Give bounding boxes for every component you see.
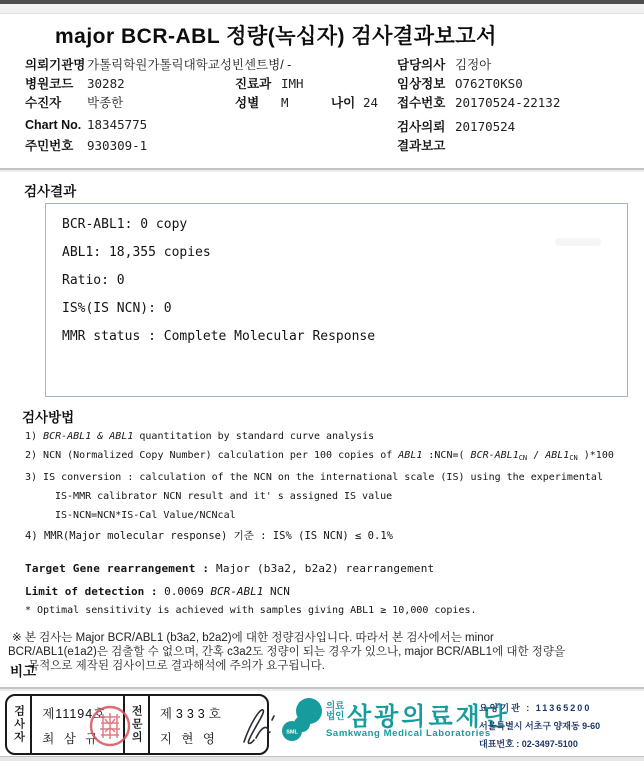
result-line: Ratio: 0 [62,274,627,287]
method-item-4: 4) MMR(Major molecular response) 기준 : IS… [25,527,639,546]
results-box: BCR-ABL1: 0 copy ABL1: 18,355 copies Rat… [45,203,628,397]
field-label: 병원코드 [25,74,87,92]
korean-note-line: ※ 본 검사는 Major BCR/ABL1 (b3a2, b2a2)에 대한 … [12,631,639,645]
field-label: 수진자 [25,93,87,111]
company-contact: 요양기관 : 11365200 서울특별시 서초구 양재동 9-60 대표번호 … [479,699,641,753]
header-row: 결과보고 [397,136,455,153]
field-label: 의뢰기관명 [25,55,87,73]
field-label: 성별 [235,93,281,111]
company-name-en: Samkwang Medical Laboratories [326,728,491,739]
examiner-seal-stamp [88,704,132,748]
page-title: major BCR-ABL 정량(녹십자) 검사결과보고서 [55,20,497,50]
method-item-3-formula: IS-NCN=NCN*IS-Cal Value/NCNcal [25,506,639,525]
signature [236,702,278,750]
header-row: 병원코드 30282 진료과 IMH [25,74,304,91]
field-value: M [281,95,331,110]
contact-line: 대표번호 : 02-3497-5100 [479,735,641,753]
field-value: 박종한 [87,93,235,111]
field-label: 나이 [331,93,363,111]
header-row: 검사의뢰 20170524 [397,117,515,134]
field-value: 20170524 [455,119,515,134]
scan-artifact [555,238,601,246]
header-row: 임상정보 O762T0KS0 [397,74,523,91]
target-gene-line: Target Gene rearrangement : Major (b3a2,… [25,559,639,578]
method-item-3: 3) IS conversion : calculation of the NC… [25,468,639,487]
header-row: 접수번호 20170524-22132 [397,93,560,110]
result-line: IS%(IS NCN): 0 [62,302,627,315]
korean-note-line: 목적으로 제작된 검사이므로 결과해석에 주의가 요구됩니다. [28,659,639,673]
field-value: 가톨릭학원가톨릭대학교성빈센트병/ - [87,55,291,73]
footer-divider [0,687,644,691]
sml-logo-text: SML [286,730,298,736]
header-row: 주민번호 930309-1 [25,136,147,153]
field-value: 18345775 [87,117,147,132]
org-type-line: 법인 [326,712,344,722]
field-label: 진료과 [235,74,281,92]
scan-top-margin [0,4,644,14]
result-line: MMR status : Complete Molecular Response [62,330,627,343]
field-value: 930309-1 [87,138,147,153]
header-row: Chart No. 18345775 [25,117,147,134]
result-line: BCR-ABL1: 0 copy [62,218,627,231]
field-value: 24 [363,95,378,110]
contact-line: 서울특별시 서초구 양재동 9-60 [479,717,641,735]
field-value: 20170524-22132 [455,95,560,110]
field-label: 검사의뢰 [397,117,455,135]
field-label: 담당의사 [397,55,455,73]
field-label: 임상정보 [397,74,455,92]
method-item-3-cont: IS-MMR calibrator NCN result and it' s a… [25,487,639,506]
method-item-1: 1) BCR-ABL1 & ABL1 quantitation by stand… [25,427,639,446]
korean-note-line: BCR/ABL1(e1a2)은 검출할 수 없으며, 간혹 c3a2도 정량이 … [8,645,639,659]
field-label: 접수번호 [397,93,455,111]
examiner-cell: 제11194호 최 삼 규 [32,696,124,753]
scan-bottom-margin [0,756,644,761]
result-line: ABL1: 18,355 copies [62,246,627,259]
org-type: 의료 법인 [326,702,344,722]
specialist-cell: 제333호 지 현 영 [150,696,267,753]
limit-of-detection-line: Limit of detection : 0.0069 BCR-ABL1 NCN [25,582,639,601]
examiner-role-cell: 검사자 [7,696,32,753]
sml-logo: SML [281,697,325,749]
section-label-method: 검사방법 [22,406,74,426]
field-value: 30282 [87,76,235,91]
header-row: 수진자 박종한 성별 M 나이 24 [25,93,378,110]
header-left-column: 의뢰기관명 가톨릭학원가톨릭대학교성빈센트병/ - 병원코드 30282 진료과… [25,55,395,155]
optimal-sensitivity-note: * Optimal sensitivity is achieved with s… [25,601,639,620]
method-item-2: 2) NCN (Normalized Copy Number) calculat… [25,446,639,468]
field-value: 김정아 [455,55,491,73]
field-label: 결과보고 [397,136,455,154]
field-label: 주민번호 [25,136,87,154]
field-value: O762T0KS0 [455,76,523,91]
section-divider [0,168,644,172]
section-label-remarks: 비고 [10,660,36,680]
contact-line: 요양기관 : 11365200 [479,699,641,717]
field-label: Chart No. [25,118,87,132]
field-value: IMH [281,76,304,91]
examiner-role: 검사자 [11,705,27,744]
footer-stamp-box: 검사자 제11194호 최 삼 규 전문의 제333호 지 현 영 [5,694,269,755]
method-body: 1) BCR-ABL1 & ABL1 quantitation by stand… [25,427,639,673]
header-row: 담당의사 김정아 [397,55,491,72]
header-right-column: 담당의사 김정아 임상정보 O762T0KS0 접수번호 20170524-22… [397,55,637,155]
header-row: 의뢰기관명 가톨릭학원가톨릭대학교성빈센트병/ - [25,55,291,72]
section-label-results: 검사결과 [24,180,76,200]
